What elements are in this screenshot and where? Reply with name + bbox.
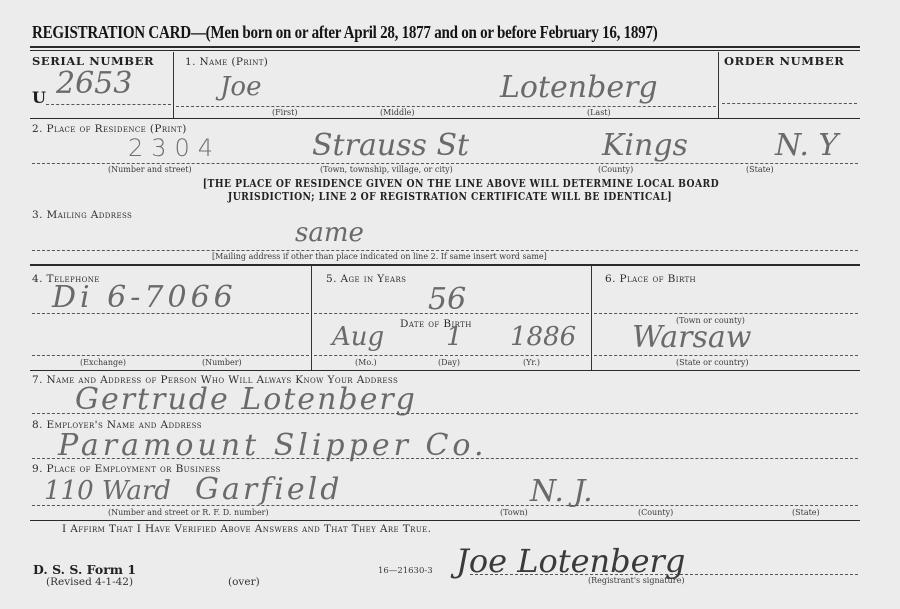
- dob-year: 1886: [510, 322, 576, 352]
- age-value: 56: [428, 282, 466, 317]
- employment-town-sublabel: (Town): [500, 508, 528, 517]
- employment-street-sublabel: (Number and street or R. F. D. number): [108, 508, 269, 517]
- name-last: Lotenberg: [500, 70, 658, 105]
- serial-line: [46, 104, 171, 105]
- rule-after-employment: [30, 520, 860, 521]
- residence-number-sublabel: (Number and street): [108, 165, 192, 174]
- residence-line: [32, 163, 858, 164]
- residence-county: Kings: [602, 128, 688, 163]
- residence-town-sublabel: (Town, township, village, or city): [320, 165, 453, 174]
- telephone-number-sublabel: (Number): [202, 358, 242, 367]
- name-line: [176, 106, 716, 107]
- serial-prefix: U: [32, 88, 46, 107]
- dob-day-sublabel: (Day): [438, 358, 460, 367]
- employment-state: N. J.: [530, 474, 593, 509]
- name-first-sublabel: (First): [272, 108, 298, 117]
- birthplace-label: 6. Place of Birth: [605, 273, 696, 285]
- dob-month: Aug: [332, 322, 384, 352]
- residence-town: Strauss St: [312, 128, 469, 163]
- mailing-label: 3. Mailing Address: [32, 209, 132, 221]
- employment-place-label: 9. Place of Employment or Business: [32, 463, 221, 475]
- divider-name-order: [718, 52, 719, 118]
- over-note: (over): [228, 576, 260, 588]
- top-rule-inner: [30, 50, 860, 51]
- residence-county-sublabel: (County): [598, 165, 633, 174]
- serial-number-value: 2653: [56, 66, 132, 101]
- employment-county-sublabel: (County): [638, 508, 673, 517]
- mailing-sublabel: [Mailing address if other than place ind…: [212, 252, 547, 261]
- residence-state-sublabel: (State): [746, 165, 774, 174]
- age-label: 5. Age in Years: [326, 273, 406, 285]
- form-revised: (Revised 4-1-42): [46, 576, 133, 588]
- signature-line: [470, 574, 858, 575]
- order-number-line: [722, 103, 857, 104]
- card-title: REGISTRATION CARD—(Men born on or after …: [32, 22, 657, 43]
- employment-line: [32, 505, 858, 506]
- affirmation-text: I Affirm That I Have Verified Above Answ…: [62, 523, 431, 535]
- divider-age-birthplace: [591, 266, 592, 370]
- dob-day: 1: [446, 322, 463, 352]
- residence-state: N. Y: [775, 128, 838, 163]
- name-first: Joe: [220, 72, 261, 102]
- birthplace-state-value: Warsaw: [632, 320, 751, 355]
- mailing-line: [32, 250, 858, 251]
- birthplace-state-line: [594, 355, 858, 356]
- dob-month-sublabel: (Mo.): [355, 358, 377, 367]
- divider-serial-name: [173, 52, 174, 118]
- residence-notice-line2: JURISDICTION; LINE 2 OF REGISTRATION CER…: [72, 190, 828, 203]
- divider-tel-age: [311, 266, 312, 370]
- birthplace-town-line: [594, 313, 858, 314]
- signature-sublabel: (Registrant's signature): [588, 576, 684, 585]
- telephone-line-1: [32, 313, 309, 314]
- telephone-value: Di 6-7066: [52, 280, 237, 315]
- telephone-exchange-sublabel: (Exchange): [80, 358, 126, 367]
- age-line: [314, 313, 589, 314]
- employment-town: Garfield: [195, 472, 342, 507]
- rule-after-mailing: [30, 264, 860, 266]
- birthplace-state-sublabel: (State or country): [676, 358, 749, 367]
- name-last-sublabel: (Last): [587, 108, 611, 117]
- employer-line: [32, 458, 858, 459]
- name-middle-sublabel: (Middle): [380, 108, 415, 117]
- order-number-label: ORDER NUMBER: [724, 54, 844, 68]
- employment-street: 110 Ward: [44, 476, 171, 506]
- employment-state-sublabel: (State): [792, 508, 820, 517]
- form-number: D. S. S. Form 1: [33, 562, 136, 577]
- residence-notice-line1: [THE PLACE OF RESIDENCE GIVEN ON THE LIN…: [72, 177, 828, 190]
- name-label: 1. Name (Print): [185, 56, 268, 68]
- contact-person-value: Gertrude Lotenberg: [75, 382, 417, 417]
- rule-after-birth: [30, 370, 860, 371]
- print-code: 16—21630-3: [378, 566, 433, 576]
- residence-number-street: 2304: [128, 134, 221, 162]
- dob-line: [314, 355, 589, 356]
- dob-year-sublabel: (Yr.): [523, 358, 540, 367]
- rule-after-name: [30, 118, 860, 119]
- top-rule: [30, 46, 860, 48]
- contact-person-line: [32, 413, 858, 414]
- telephone-line-2: [32, 355, 309, 356]
- mailing-value: same: [295, 218, 364, 248]
